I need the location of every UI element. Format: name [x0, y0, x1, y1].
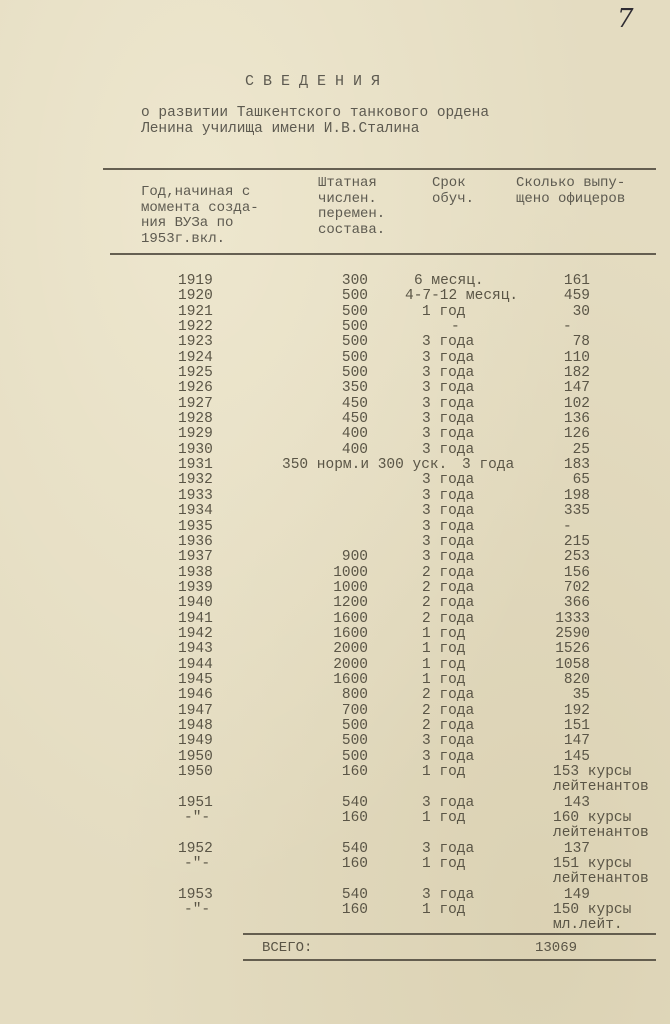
graduates-cell: 147 [564, 734, 590, 749]
term-cell: 1 год [422, 305, 466, 320]
year-cell: 1945 [178, 673, 213, 688]
graduates-cell: 30 [573, 305, 590, 320]
total-top-rule [243, 933, 656, 935]
graduates-cell: 147 [564, 381, 590, 396]
graduates-cell: 2590 [555, 627, 590, 642]
table-row: 19505003 года145 [0, 750, 670, 765]
term-cell: 3 года [422, 427, 474, 442]
staff-cell: 300 [342, 274, 368, 289]
table-row: 19535403 года149 [0, 888, 670, 903]
term-cell: 2 года [422, 596, 474, 611]
graduates-cell: 143 [564, 796, 590, 811]
term-cell: 2 года [422, 719, 474, 734]
graduates-cell: 136 [564, 412, 590, 427]
year-cell: 1937 [178, 550, 213, 565]
graduates-cell: 161 [564, 274, 590, 289]
staff-cell: 500 [342, 305, 368, 320]
year-cell: 1932 [178, 473, 213, 488]
term-cell: 4-7-12 месяц. [405, 289, 518, 304]
table-row: 19215001 год30 [0, 305, 670, 320]
year-cell: 1940 [178, 596, 213, 611]
term-cell: 3 года [422, 750, 474, 765]
year-cell: 1927 [178, 397, 213, 412]
table-row: 19263503 года147 [0, 381, 670, 396]
year-cell: 1950 [178, 765, 213, 780]
table-row: 19323 года65 [0, 473, 670, 488]
document-subtitle: о развитии Ташкентского танкового ордена… [141, 105, 489, 137]
staff-cell: 500 [342, 351, 368, 366]
term-cell: 3 года [422, 796, 474, 811]
term-cell: 3 года [422, 520, 474, 535]
graduates-cell: 702 [564, 581, 590, 596]
staff-cell: 160 [342, 811, 368, 826]
table-row: 19255003 года182 [0, 366, 670, 381]
graduates-cell: 182 [564, 366, 590, 381]
graduates-note: лейтенантов [553, 872, 649, 887]
table-row: 1922500-- [0, 320, 670, 335]
term-cell: - [451, 320, 460, 335]
graduates-cell: 110 [564, 351, 590, 366]
staff-cell: 1600 [333, 627, 368, 642]
staff-cell: 900 [342, 550, 368, 565]
table-row: 19245003 года110 [0, 351, 670, 366]
year-cell: 1926 [178, 381, 213, 396]
staff-cell: 1000 [333, 566, 368, 581]
table-row: 194116002 года1333 [0, 612, 670, 627]
staff-cell: 500 [342, 320, 368, 335]
staff-cell: 500 [342, 750, 368, 765]
year-cell: 1920 [178, 289, 213, 304]
term-cell: 1 год [422, 658, 466, 673]
document-title: СВЕДЕНИЯ [245, 73, 389, 90]
year-cell: 1925 [178, 366, 213, 381]
term-cell: 3 года [422, 351, 474, 366]
year-cell: 1924 [178, 351, 213, 366]
staff-cell: 450 [342, 397, 368, 412]
graduates-cell: 25 [573, 443, 590, 458]
year-cell: 1941 [178, 612, 213, 627]
term-cell: 3 года [462, 458, 514, 473]
term-cell: 3 года [422, 888, 474, 903]
header-staff: Штатная числен. перемен. состава. [318, 176, 385, 238]
graduates-note: лейтенантов [553, 780, 649, 795]
table-row: 19485002 года151 [0, 719, 670, 734]
table-row: 19274503 года102 [0, 397, 670, 412]
year-cell: -"- [184, 811, 210, 826]
term-cell: 1 год [422, 857, 466, 872]
year-cell: 1930 [178, 443, 213, 458]
term-cell: 3 года [422, 504, 474, 519]
term-cell: 3 года [422, 366, 474, 381]
year-cell: 1942 [178, 627, 213, 642]
table-row: 19294003 года126 [0, 427, 670, 442]
year-cell: 1953 [178, 888, 213, 903]
term-cell: 3 года [422, 335, 474, 350]
table-row: 194320001 год1526 [0, 642, 670, 657]
graduates-cell: 137 [564, 842, 590, 857]
year-cell: 1923 [178, 335, 213, 350]
term-cell: 3 года [422, 381, 474, 396]
graduates-note: лейтенантов [553, 826, 649, 841]
table-row: 19363 года215 [0, 535, 670, 550]
year-cell: 1939 [178, 581, 213, 596]
term-cell: 6 месяц. [414, 274, 484, 289]
year-cell: 1933 [178, 489, 213, 504]
document-page: 7 СВЕДЕНИЯ о развитии Ташкентского танко… [0, 0, 670, 1024]
staff-cell: 700 [342, 704, 368, 719]
staff-cell: 350 [342, 381, 368, 396]
term-cell: 3 года [422, 550, 474, 565]
graduates-cell: 820 [564, 673, 590, 688]
graduates-cell: 253 [564, 550, 590, 565]
table-row: 19477002 года192 [0, 704, 670, 719]
year-cell: 1928 [178, 412, 213, 427]
year-cell: 1947 [178, 704, 213, 719]
term-cell: 3 года [422, 734, 474, 749]
staff-cell: 500 [342, 335, 368, 350]
term-cell: 1 год [422, 642, 466, 657]
staff-cell: 1200 [333, 596, 368, 611]
header-bottom-rule [110, 253, 656, 255]
graduates-cell: 335 [564, 504, 590, 519]
term-cell: 1 год [422, 673, 466, 688]
graduates-note: мл.лейт. [553, 918, 623, 933]
year-cell: 1922 [178, 320, 213, 335]
table-row: 193810002 года156 [0, 566, 670, 581]
table-row: 19525403 года137 [0, 842, 670, 857]
staff-cell: 540 [342, 796, 368, 811]
table-row: 19379003 года253 [0, 550, 670, 565]
graduates-cell: 183 [564, 458, 590, 473]
term-cell: 3 года [422, 443, 474, 458]
year-cell: 1936 [178, 535, 213, 550]
staff-cell: 350 норм.и 300 уск. [282, 458, 447, 473]
term-cell: 3 года [422, 489, 474, 504]
total-bottom-rule [243, 959, 656, 961]
table-row: 19353 года- [0, 520, 670, 535]
table-row-note: лейтенантов [0, 780, 670, 795]
graduates-cell: 149 [564, 888, 590, 903]
term-cell: 2 года [422, 581, 474, 596]
year-cell: 1938 [178, 566, 213, 581]
year-cell: 1946 [178, 688, 213, 703]
graduates-cell: 215 [564, 535, 590, 550]
page-number: 7 [617, 4, 634, 34]
graduates-cell: 35 [573, 688, 590, 703]
staff-cell: 160 [342, 857, 368, 872]
term-cell: 3 года [422, 535, 474, 550]
header-graduates: Сколько выпу- щено офицеров [516, 176, 625, 207]
graduates-cell: - [563, 320, 572, 335]
header-top-rule [103, 168, 656, 170]
total-value: 13069 [535, 940, 577, 956]
term-cell: 1 год [422, 903, 466, 918]
year-cell: 1934 [178, 504, 213, 519]
year-cell: 1935 [178, 520, 213, 535]
staff-cell: 1600 [333, 673, 368, 688]
table-row: 194420001 год1058 [0, 658, 670, 673]
term-cell: 2 года [422, 688, 474, 703]
staff-cell: 450 [342, 412, 368, 427]
graduates-cell: 156 [564, 566, 590, 581]
year-cell: 1931 [178, 458, 213, 473]
table-row-note: лейтенантов [0, 872, 670, 887]
year-cell: -"- [184, 857, 210, 872]
table-row: 19495003 года147 [0, 734, 670, 749]
term-cell: 1 год [422, 765, 466, 780]
year-cell: 1943 [178, 642, 213, 657]
table-row: 194012002 года366 [0, 596, 670, 611]
staff-cell: 400 [342, 443, 368, 458]
year-cell: 1944 [178, 658, 213, 673]
total-label: ВСЕГО: [262, 940, 312, 956]
staff-cell: 500 [342, 734, 368, 749]
staff-cell: 500 [342, 289, 368, 304]
staff-cell: 160 [342, 903, 368, 918]
table-row: 19284503 года136 [0, 412, 670, 427]
staff-cell: 1000 [333, 581, 368, 596]
staff-cell: 500 [342, 719, 368, 734]
graduates-cell: 102 [564, 397, 590, 412]
graduates-cell: 145 [564, 750, 590, 765]
graduates-cell: 192 [564, 704, 590, 719]
graduates-cell: 1333 [555, 612, 590, 627]
term-cell: 3 года [422, 412, 474, 427]
year-cell: -"- [184, 903, 210, 918]
table-row: 194216001 год2590 [0, 627, 670, 642]
year-cell: 1921 [178, 305, 213, 320]
staff-cell: 500 [342, 366, 368, 381]
staff-cell: 2000 [333, 642, 368, 657]
header-term: Срок обуч. [432, 176, 474, 207]
term-cell: 3 года [422, 397, 474, 412]
term-cell: 3 года [422, 473, 474, 488]
term-cell: 2 года [422, 612, 474, 627]
table-row: 19515403 года143 [0, 796, 670, 811]
table-row: 19235003 года78 [0, 335, 670, 350]
table-row-note: лейтенантов [0, 826, 670, 841]
term-cell: 2 года [422, 566, 474, 581]
term-cell: 3 года [422, 842, 474, 857]
table-row: 193910002 года702 [0, 581, 670, 596]
staff-cell: 800 [342, 688, 368, 703]
year-cell: 1948 [178, 719, 213, 734]
staff-cell: 2000 [333, 658, 368, 673]
table-row: 19343 года335 [0, 504, 670, 519]
graduates-cell: 126 [564, 427, 590, 442]
table-row: 19193006 месяц.161 [0, 274, 670, 289]
year-cell: 1949 [178, 734, 213, 749]
graduates-cell: 198 [564, 489, 590, 504]
graduates-cell: 459 [564, 289, 590, 304]
graduates-cell: 366 [564, 596, 590, 611]
year-cell: 1950 [178, 750, 213, 765]
table-row: 19304003 года25 [0, 443, 670, 458]
table-row: 19468002 года35 [0, 688, 670, 703]
term-cell: 2 года [422, 704, 474, 719]
year-cell: 1919 [178, 274, 213, 289]
staff-cell: 400 [342, 427, 368, 442]
table-row: 19333 года198 [0, 489, 670, 504]
year-cell: 1929 [178, 427, 213, 442]
graduates-cell: - [563, 520, 572, 535]
header-year: Год,начиная с момента созда- ния ВУЗа по… [141, 185, 259, 247]
year-cell: 1952 [178, 842, 213, 857]
graduates-cell: 78 [573, 335, 590, 350]
table-row: 19205004-7-12 месяц.459 [0, 289, 670, 304]
table-row-note: мл.лейт. [0, 918, 670, 933]
staff-cell: 540 [342, 842, 368, 857]
staff-cell: 160 [342, 765, 368, 780]
table-row: 1931350 норм.и 300 уск.3 года183 [0, 458, 670, 473]
table-row: 194516001 год820 [0, 673, 670, 688]
graduates-cell: 1058 [555, 658, 590, 673]
graduates-cell: 151 [564, 719, 590, 734]
graduates-cell: 1526 [555, 642, 590, 657]
data-table: 19193006 месяц.16119205004-7-12 месяц.45… [0, 274, 670, 934]
year-cell: 1951 [178, 796, 213, 811]
graduates-cell: 65 [573, 473, 590, 488]
term-cell: 1 год [422, 811, 466, 826]
staff-cell: 1600 [333, 612, 368, 627]
term-cell: 1 год [422, 627, 466, 642]
staff-cell: 540 [342, 888, 368, 903]
